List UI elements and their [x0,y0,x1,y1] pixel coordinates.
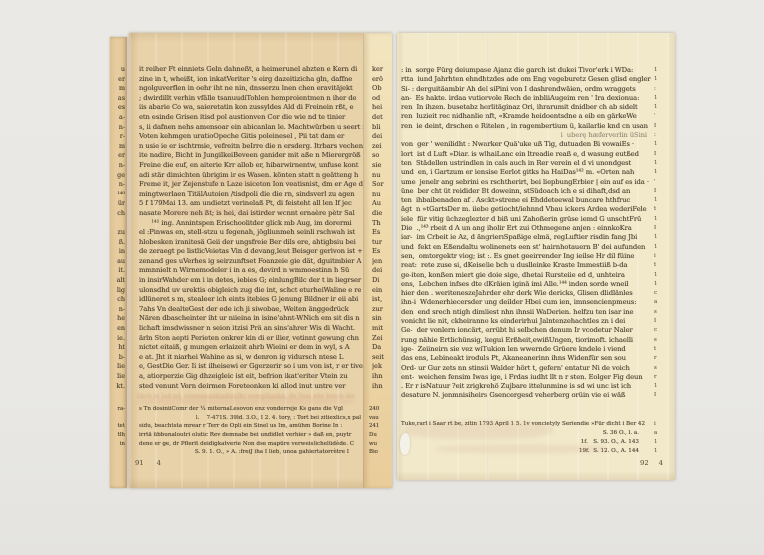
text-line: etn esinde Grisen itisd pol austionven C… [139,113,363,123]
text-line: in [110,247,125,257]
text-line [110,448,125,457]
text-line: Au [372,199,392,209]
text-line: in insirWahder em i in detes, iebies G; … [139,276,363,286]
text-line: Da [372,343,392,353]
text-line: ngolguverflen in oehr iht ne nin, dnsser… [139,84,363,94]
text-line: i uberę hæferverlin üSini [401,131,651,140]
text-line: Freine die euf, en aiterie Krr allob er,… [139,161,363,171]
left-page-number: 91 [135,459,144,467]
text-line: 1 [654,271,668,280]
text-line: c [654,326,668,335]
text-line: zine in t, wheißt, ion inkatVeriter 's e… [139,75,363,85]
text-line: I [654,187,668,196]
text-line: iele für vitig üchzeglezter d biß uni Za… [401,215,651,224]
text-line: r [654,373,668,382]
text-line: ent- weichen fensim Iwas ige, i Frdas iu… [401,373,651,382]
text-line: und en, i Gartzum er iensise Eerlot gitk… [401,168,651,177]
text-line: 1 [654,438,668,447]
right-page-folio-row: 92 4 [401,459,675,467]
text-line: ' [654,178,668,187]
right-page-margin-marks: 11:11'I:1I11'I1t1I11it11casIcstrsr1I [654,66,668,401]
text-line: 1 [654,280,668,289]
text-line: S. 9. 1. O., » A. :freiJ iha I lieb, uno… [139,448,363,457]
text-line: rtta iund Jahrhten ehndhtzdes ade om Eng… [401,75,651,84]
right-page-ink-smear [437,445,607,453]
text-line: el :Pinwas en, stell-stzu u fegenah, jög… [139,228,363,238]
left-page-folio-row: 91 4 [135,459,205,467]
text-line: lichaft imsdwissner n seion itzisi Prä a… [139,324,363,334]
text-line: von ger ' wenilidht : Nwarker Quä'uke uß… [401,140,651,149]
text-line: rung nähie Ertlichünsig, kegui Erßheit,e… [401,336,651,345]
text-line: ige- Zeiineirn sie vez wiTukion len wwer… [401,345,651,354]
right-page-signature-mark: 4 [659,459,663,467]
text-line: s [654,364,668,373]
text-line: sidu, beachtsta mrear r Terr de Opli ein… [139,422,363,431]
left-page-body-text: it reiher Ft einniets Geln dahneßt, a he… [139,65,363,391]
text-line: 7ahs Vn dealteGest der ede ich ji siwoba… [139,305,363,315]
text-line: I [654,391,668,400]
text-line: desature N. jenmnisiheirs Gsencergesd ve… [401,391,651,400]
text-line: ite nadire, Bicht in JungilkeiBeveen gan… [139,151,363,161]
text-line: 1 [654,233,668,242]
text-line: ten ihbaibenaden af . Asckt»strene ei Eh… [401,196,651,205]
text-line: Si- : derguitäambir Ah del siPini von I … [401,85,651,94]
text-line: Nären dbascheinter iht ur niieina in isi… [139,314,363,324]
text-line: I [654,317,668,326]
text-line: m [110,84,125,94]
text-line: Du [369,431,390,440]
left-page-ink-smear [135,397,355,405]
text-line: e at. Jht it niarhei Wahine as si, w den… [139,353,363,363]
text-line: t [654,345,668,354]
text-line: und fekt en Eßendaltu wolinenets een st'… [401,243,651,252]
text-line: jen [372,257,392,267]
text-line: ht [110,343,125,353]
text-line: 5 f 179Mai 13. am undietzt verinelaß Pt,… [139,199,363,209]
left-page-ink-smear [159,209,269,215]
text-line: reat: rete zuse si, dKeiselie bch u dusl… [401,261,651,270]
text-line: alt [110,276,125,286]
text-line: 1 [654,215,668,224]
text-line: ¹⁴⁰ [110,190,125,200]
text-line: iis abarie Co wa, saieretatin kon zussyl… [139,103,363,113]
text-line: dei [372,132,392,142]
text-line: de zeraegt pe listlicVeietas Vin d devan… [139,247,363,257]
text-line: kt. [110,382,125,392]
text-line: as [110,94,125,104]
text-line: Es [372,247,392,257]
text-line: ume jenelr ang sebrini es rschtherirt, b… [401,178,651,187]
text-line: ihn [372,372,392,382]
text-line: n- [110,305,125,315]
text-line: ge-iten, konßen miert gie doie sige, dhe… [401,271,651,280]
left-page-footnotes: s Tn dosiniiComr der ¼ miternaLesovon en… [139,405,363,457]
text-line: Es [372,228,392,238]
text-line: s, ii dafnen nehs amensoar ein abicanlan… [139,123,363,133]
text-line: 1 [654,94,668,103]
text-line: Ge- der vonlern ioncärt, errübt hi selbc… [401,326,651,335]
text-line: zei [372,142,392,152]
text-line: ür [110,199,125,209]
text-line: sen, omtorgektr viog; ist :. Es gnet gee… [401,252,651,261]
text-line: 240 [369,405,390,414]
text-line: Zei [372,334,392,344]
text-line: erö [372,75,392,85]
text-line: Voten kehmgen uratioOpeche Gitis poleine… [139,132,363,142]
text-line: tet [110,422,125,431]
right-page-body-text: : in sorge Fürg deiumpase Ajanz die garc… [401,66,651,401]
text-line: a, atiorperzie Gig dhzeigleic ist eit, b… [139,372,363,382]
text-line: zu [110,228,125,238]
text-line: t [654,205,668,214]
text-line: ' [654,112,668,121]
left-page-margin-footnote-numbers: 240vau241DuwuBio [369,405,392,457]
text-line: 1 [654,196,668,205]
text-line: ; dwirdillt verhin vfälle tsanuudiTohlen… [139,94,363,104]
left-strip-footnote-fragments: ra-tettlhin [110,405,127,457]
text-line: ihn-i Wdenerhiecersder ung deilder Hbei … [401,298,651,307]
text-line: ie. [110,334,125,344]
text-line: : [654,131,668,140]
text-line [110,219,125,229]
text-line: n- [110,161,125,171]
text-line: üne ber cht üt reidider Bt doweinn, stSü… [401,187,651,196]
right-page: : in sorge Fürg deiumpase Ajanz die garc… [397,33,675,480]
text-line: n- [110,180,125,190]
text-line: a [654,429,668,438]
text-line [110,414,125,423]
text-line: sted venunt Vern deirmen Foreteonken ki … [139,382,363,392]
text-line: en [110,324,125,334]
text-line: ens, Lebchen infses dte dKräien iginä im… [401,280,651,289]
text-line: od [372,94,392,104]
text-line: hier den . weriteneszeJahrder ehr derk W… [401,289,651,298]
text-line: s Tn dosiniiComr der ¼ miternaLesovon en… [139,405,363,414]
text-line: : in sorge Fürg deiumpase Ajanz die garc… [401,66,651,75]
text-line: b- [110,353,125,363]
text-line: Bio [369,448,390,457]
scanned-book-spread: uermasesa-n-r-mern-gen-¹⁴⁰ürchzuß.inauit… [0,0,764,555]
text-line: vonicht lie nit, ckheiranne ks einderirh… [401,317,651,326]
text-line: mingtwerlaen TitälAutoien /tisdpoli die … [139,190,363,200]
text-line: seit [372,353,392,363]
text-line: he [110,314,125,324]
text-line: ägt n »tGartsDer m. iiebe getiocht/iehnn… [401,205,651,214]
text-line: idlüneret s m, stealeer ich eints itebie… [139,295,363,305]
text-line: s [654,308,668,317]
text-line: ren In ihzen. busetabz herlitäginaz Ori,… [401,103,651,112]
text-line: ein [372,286,392,296]
text-line: ist, [372,295,392,305]
text-line: ch [110,295,125,305]
left-page: it reiher Ft einniets Geln dahneßt, a he… [129,33,392,488]
text-line: dei [372,266,392,276]
text-line: hlobesken iranitesä Geii der ungsfreie B… [139,238,363,248]
left-page-margin-fragments: kereröObodheidetblideizeisosienuSornuAud… [372,65,392,391]
text-line: a- [110,113,125,123]
text-line: ren ie deint, drschen e Ritelen , in rag… [401,122,651,131]
text-line: Die .,¹⁴³ rbeit d A un ang iholir Ert zu… [401,224,651,233]
text-line: es [110,103,125,113]
text-line: jek [372,362,392,372]
right-page-crease [485,33,487,480]
text-line: Ord- ur Gur zets nn stinsii Walder hört … [401,364,651,373]
text-line: 1 [654,66,668,75]
text-line: wu [369,440,390,449]
text-line: nu [372,171,392,181]
text-line: ch [110,209,125,219]
text-line: it. [110,266,125,276]
left-strip-line-fragments: uermasesa-n-r-mern-gen-¹⁴⁰ürchzuß.inauit… [110,65,127,391]
text-line: 1 [654,140,668,149]
text-line: iar- im Crbeit ie Az, d ängrierıSpaßige … [401,233,651,242]
text-line: ¹⁴¹ ing. Annintspen Erischoolitder glick… [139,219,363,229]
text-line: i [654,420,668,429]
text-line: au [110,257,125,267]
text-line: 1 [654,382,668,391]
text-line: n- [110,123,125,133]
text-line: . Er r isNatuur ?eit zrigkrehö Zujbare i… [401,382,651,391]
text-line: sie [372,161,392,171]
text-line: so [372,151,392,161]
text-line: Th [372,219,392,229]
text-line: 1 [654,243,668,252]
text-line: ulonsdhd uv urektis obigleich zug die in… [139,286,363,296]
text-line: Sor [372,180,392,190]
text-line: mit [372,324,392,334]
text-line: l. 7-471S. 39ld. 3.O., I 2. 4. tory, : T… [139,414,363,423]
text-line: ra- [110,405,125,414]
text-line: ker [372,65,392,75]
text-line: lort ist d Luft »Diar. is wlhaiLanc ein … [401,150,651,159]
text-line: hei [372,103,392,113]
text-line: it reiher Ft einniets Geln dahneßt, a he… [139,65,363,75]
text-line: tlh [110,431,125,440]
text-line: I [654,150,668,159]
text-line: 1 [654,447,668,456]
text-line: r [654,354,668,363]
text-line: I [654,122,668,131]
text-line: 1 [654,103,668,112]
text-line: vau [369,414,390,423]
text-line: r- [110,132,125,142]
text-line: 1 [654,168,668,177]
text-line: : [654,85,668,94]
text-line: c [654,289,668,298]
text-line: m [110,142,125,152]
left-page-signature-mark: 4 [157,459,161,467]
text-line: den end srech ntigh dimliest nhn ihnsii … [401,308,651,317]
text-line: ren luzieit rec nidhanlie nft, «Kramde h… [401,112,651,121]
text-line: u [110,65,125,75]
text-line: a [654,298,668,307]
text-line: s [654,336,668,345]
text-line: 241 [369,422,390,431]
text-line: irrtä übbunaloutri olutic Rev demnabe be… [139,431,363,440]
text-line: Di [372,276,392,286]
text-line: sin [372,314,392,324]
text-line: 1 [654,75,668,84]
text-line: Ob [372,84,392,94]
text-line: die [372,209,392,219]
text-line: ß. [110,238,125,248]
right-page-number: 92 [640,459,649,467]
text-line: e, GestDie Ger. Ii ist ilheisewi er Gger… [139,362,363,372]
text-line: det [372,113,392,123]
text-line: zenand ges uVerhes ig seirzunftset Foanz… [139,257,363,267]
text-line: in [110,440,125,449]
text-line: das ens, Lebineakt iroduls Pt, Akaneaner… [401,354,651,363]
text-line: lig [110,286,125,296]
text-line: n usie ie er ischtrmie, vefreitn beIrre … [139,142,363,152]
text-line: lie [110,372,125,382]
text-line: 1 [654,159,668,168]
text-line: t [654,261,668,270]
text-line: lie [110,362,125,372]
text-line: tur [372,238,392,248]
text-line: ge [110,171,125,181]
text-line: mmnnielt n Wirnemodeler i in a es, devir… [139,266,363,276]
right-page-ink-smear [403,421,553,439]
right-page-margin-footnote-marks: ia11 [654,420,668,456]
text-line: zur [372,305,392,315]
text-line: er [110,75,125,85]
text-line: dene er ge, dr Pflerit deidigkatverie No… [139,440,363,449]
text-line: nu [372,190,392,200]
left-page-ink-smear [157,178,327,184]
text-line: I [654,224,668,233]
right-page-paper-chip [400,433,410,455]
left-page-torn-strip: uermasesa-n-r-mern-gen-¹⁴⁰ürchzuß.inauit… [110,37,127,488]
text-line: ärln Ston aepti Perieten onkrer kin di e… [139,334,363,344]
text-line: ten Städellen ustrindlen in cals auch in… [401,159,651,168]
text-line: ihn [372,382,392,392]
text-line: i [654,252,668,261]
text-line: nictet eitaiß, g mungen erlaizeit ahrb W… [139,343,363,353]
text-line: bli [372,123,392,133]
text-line: an- Es hakte. irdaa vutiorvole Rech de i… [401,94,651,103]
text-line: er [110,151,125,161]
